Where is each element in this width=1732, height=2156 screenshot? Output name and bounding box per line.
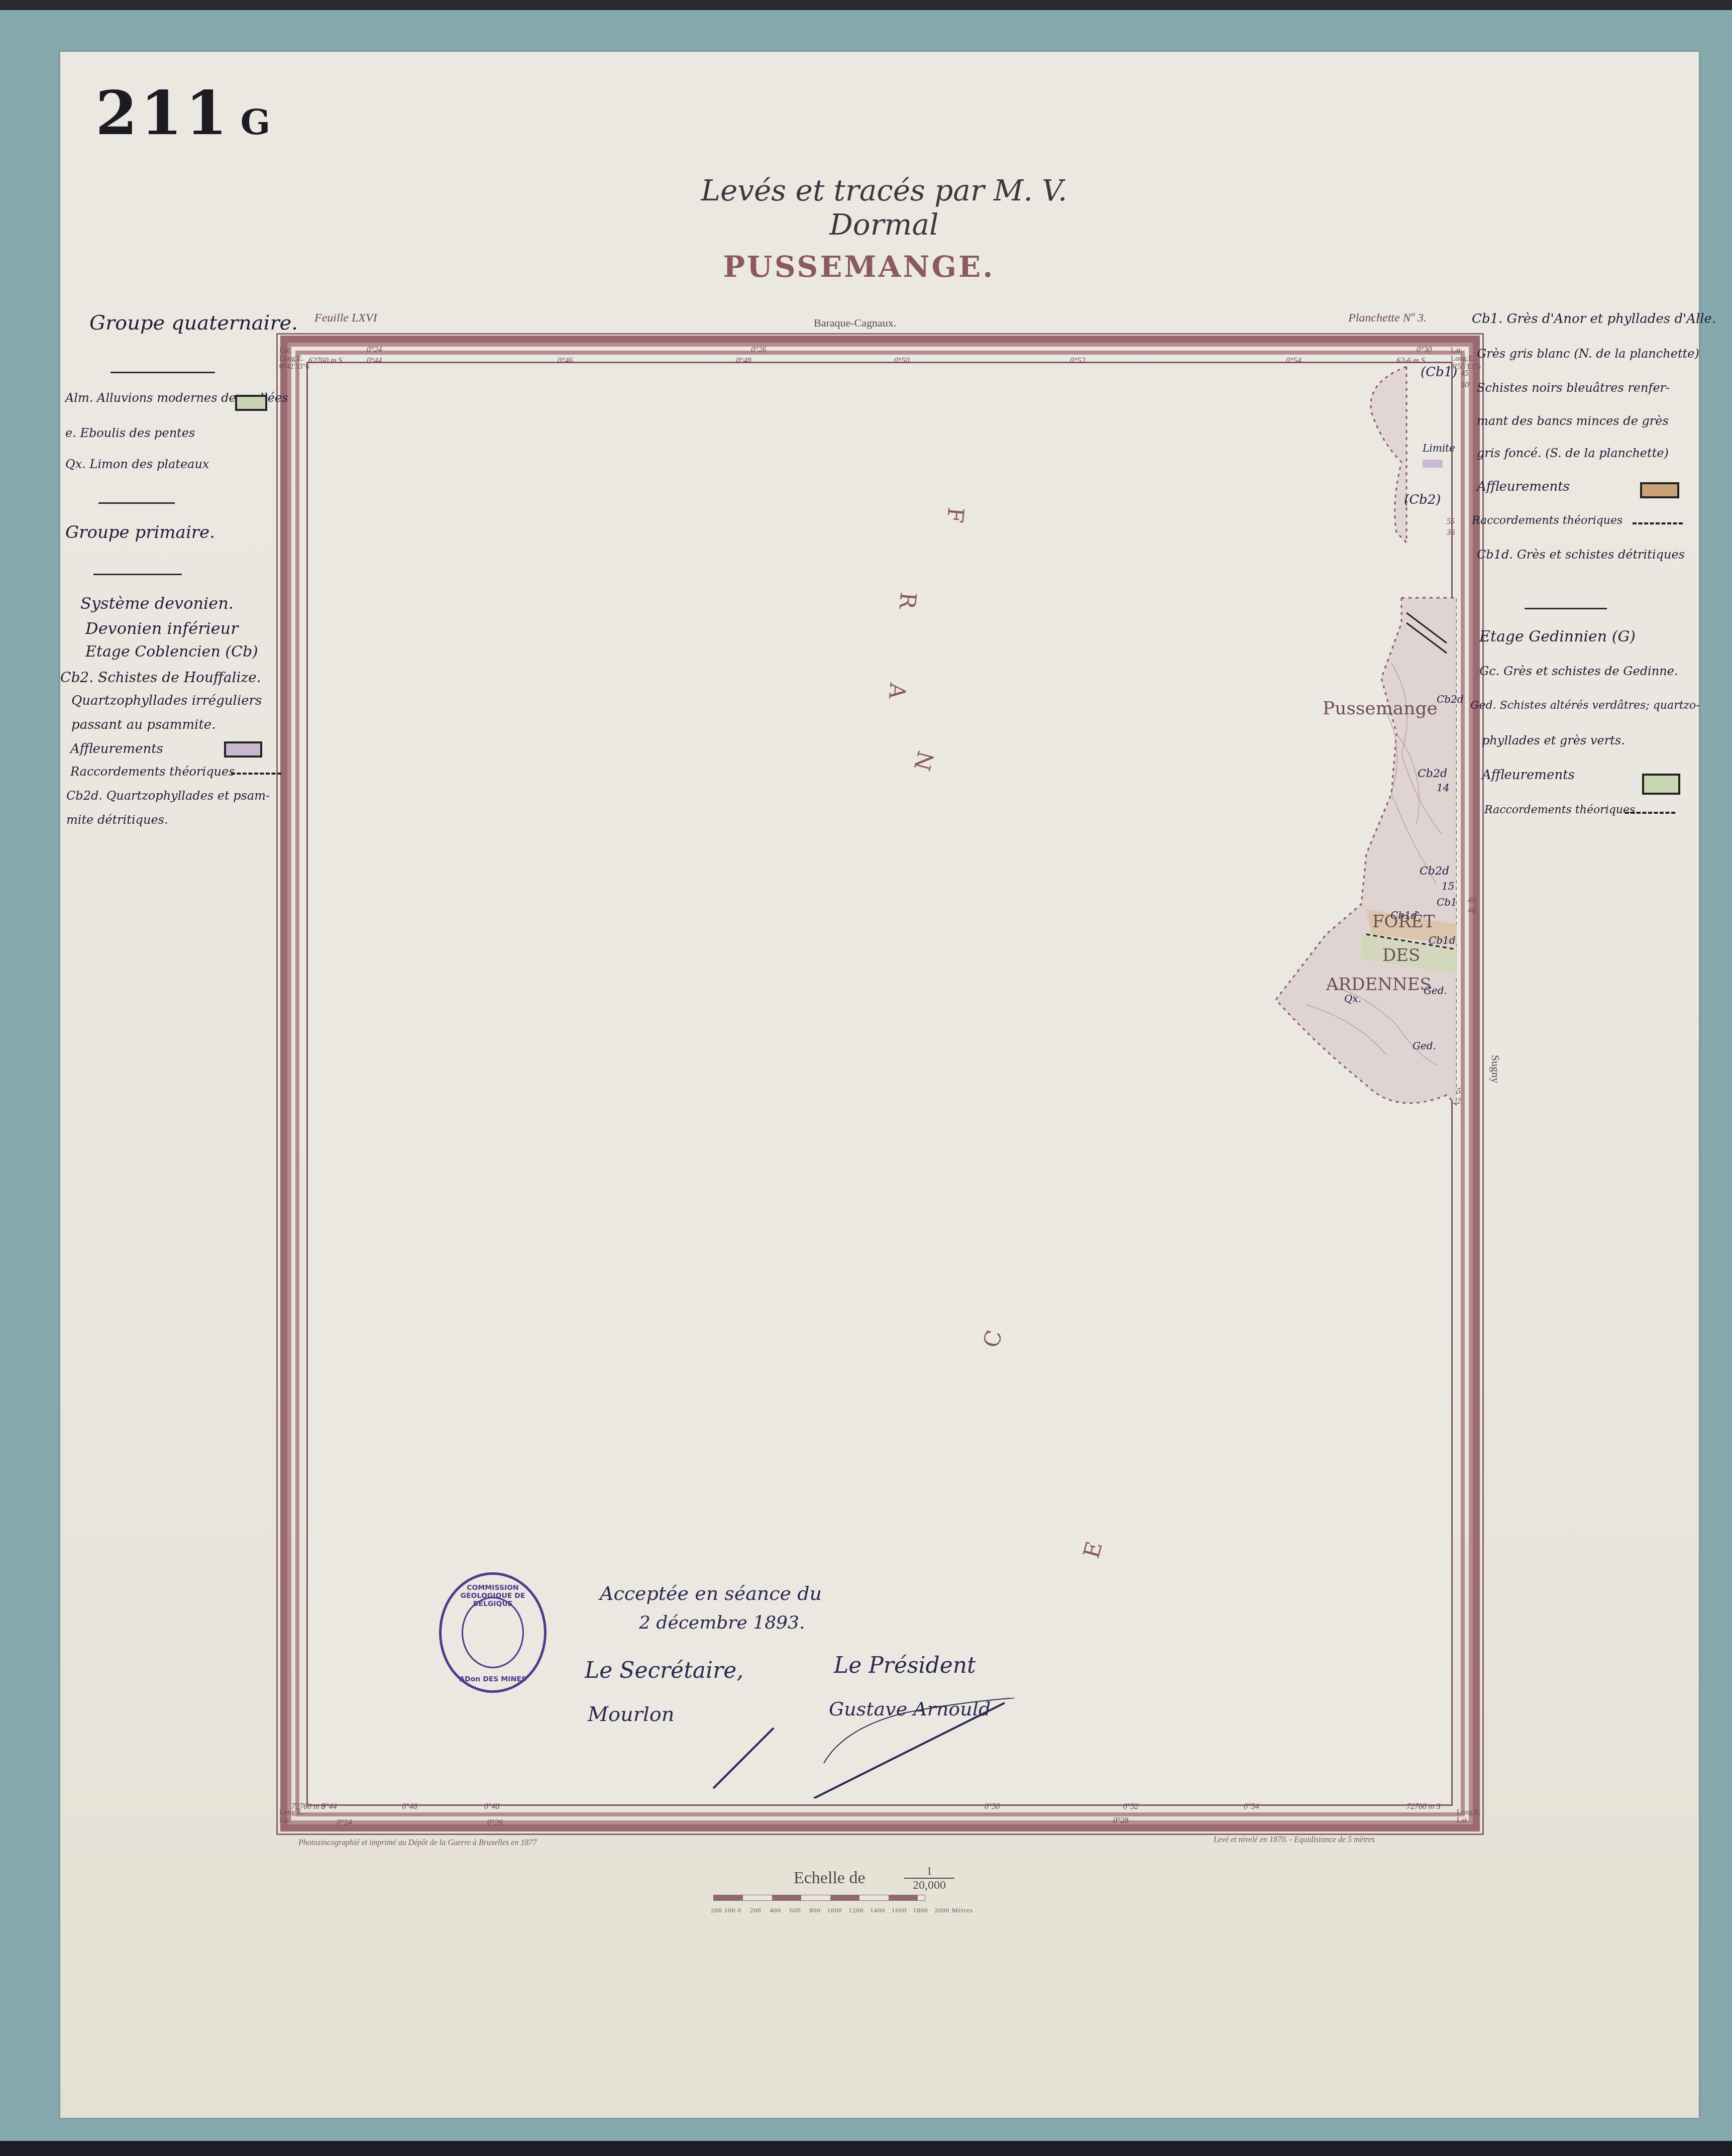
scale-fraction: 1 20,000 — [904, 1865, 954, 1892]
scale-title: Echelle de — [794, 1869, 865, 1888]
map-label: Ged. — [1413, 1040, 1436, 1052]
legend-item-cb1: Cb1. Grès d'Anor et phyllades d'Alle. — [1472, 311, 1716, 327]
backing-board-top — [0, 0, 1732, 10]
legend-cb2-desc: passant au psammite. — [71, 717, 216, 732]
graduation-tick: 0°48 — [736, 357, 751, 366]
graduation-tick: 0°50 — [985, 1802, 1000, 1811]
graduation-tick: 0°52 — [1123, 1802, 1138, 1811]
legend-systeme: Système devonien. — [80, 594, 234, 613]
author-credit: Levés et tracés par M. V. Dormal — [683, 173, 1085, 242]
graduation-tick: 49 — [1468, 896, 1476, 905]
coord-label: 72760 m S — [291, 1802, 326, 1811]
map-label: (Cb1) — [1421, 365, 1457, 380]
legend-ged-desc: phyllades et grès verts. — [1482, 733, 1625, 747]
swatch-ged-affleurements — [1642, 774, 1680, 795]
legend-item-gc: Gc. Grès et schistes de Gedinne. — [1479, 664, 1678, 678]
graduation-tick: 45 — [1461, 369, 1469, 378]
top-place-label: Baraque-Cagnaux. — [814, 316, 896, 330]
coat-of-arms-icon — [462, 1597, 524, 1668]
country-letter: F — [942, 506, 968, 524]
backing-board-bottom — [0, 2141, 1732, 2156]
graduation-tick: 0°46 — [558, 357, 573, 366]
map-label: Cb2d — [1418, 768, 1447, 780]
map-label: Cb2d — [1420, 865, 1449, 878]
geological-mapped-area — [1266, 352, 1457, 1155]
map-label: Limite — [1423, 442, 1455, 454]
swatch-alm — [235, 395, 267, 411]
legend-item-qx: Qx. Limon des plateaux — [65, 457, 209, 471]
divider — [111, 372, 215, 373]
planchette-label: Planchette Nº 3. — [1348, 311, 1427, 325]
country-letter: R — [894, 591, 921, 610]
graduation-tick: 0°44 — [367, 357, 382, 366]
place-pussemange: Pussemange — [1323, 698, 1438, 719]
commission-stamp: COMMISSION GÉOLOGIQUE DE BELGIQUE ADon D… — [439, 1572, 547, 1693]
graduation-tick: 0°52 — [1070, 357, 1085, 366]
legend-cb2d-desc: mite détritiques. — [66, 813, 168, 827]
legend-etage-coblencien: Etage Coblencien (Cb) — [85, 643, 258, 661]
legend-left: Groupe quaternaire. Alm. Alluvions moder… — [60, 301, 276, 954]
legend-heading-quaternaire: Groupe quaternaire. — [89, 311, 298, 335]
scale-ticks: 200 100 0 200 400 600 800 1000 1200 1400… — [711, 1906, 973, 1914]
legend-sous-systeme: Devonien inférieur — [85, 619, 239, 638]
graduation-tick: 0°24 — [367, 346, 382, 355]
feuille-label: Feuille LXVI — [314, 311, 377, 325]
corner-top-left: Lat.Long.E.0°42'33"6 — [279, 347, 309, 371]
survey-note: Levé et nivelé en 1870. - Equidistance d… — [1214, 1836, 1375, 1845]
map-label: Cb1d — [1429, 934, 1456, 946]
legend-raccordements: Raccordements théoriques — [70, 765, 235, 779]
map-label: (Cb2) — [1404, 492, 1441, 507]
map-label: 15 — [1442, 880, 1454, 892]
swatch-cb1-affleurements — [1640, 482, 1679, 498]
country-letter: A — [884, 682, 911, 700]
map-label: Cb1 — [1437, 896, 1457, 908]
legend-cb1-desc: mant des bancs minces de grès — [1477, 414, 1669, 428]
place-ardennes: ARDENNES — [1326, 975, 1432, 995]
legend-right: Cb1. Grès d'Anor et phyllades d'Alle. Gr… — [1469, 306, 1690, 839]
legend-cb1-desc: Schistes noirs bleuâtres renfer- — [1477, 381, 1670, 395]
graduation-tick: 0°26 — [751, 346, 766, 355]
legend-raccordements: Raccordements théoriques — [1472, 514, 1622, 527]
legend-affleurements: Affleurements — [70, 741, 163, 757]
secretaire-label: Le Secrétaire, — [585, 1658, 743, 1683]
graduation-tick: 0°46 — [402, 1802, 417, 1811]
corner-bottom-right: Long.E.Lat. — [1457, 1808, 1481, 1824]
divider — [1525, 608, 1607, 609]
graduation-tick: 0°24 — [337, 1818, 352, 1827]
graduation-tick: 0°26 — [487, 1818, 502, 1827]
divider — [98, 502, 175, 504]
divider — [93, 574, 182, 575]
legend-item-ged: Ged. Schistes altérés verdâtres; quartzo… — [1470, 699, 1700, 712]
limite-purple-mark — [1423, 460, 1443, 468]
map-title: PUSSEMANGE. — [683, 250, 1035, 284]
legend-item-cb2d: Cb2d. Quartzophyllades et psam- — [66, 789, 270, 803]
legend-heading-primaire: Groupe primaire. — [65, 522, 215, 543]
coord-label: 62760 m S — [308, 357, 343, 366]
graduation-tick: 0°48 — [484, 1802, 499, 1811]
legend-raccordements: Raccordements théoriques. — [1484, 804, 1639, 816]
graduation-tick: 0°28 — [1113, 1816, 1128, 1825]
map-label: 14 — [1437, 782, 1449, 794]
dashed-line-symbol — [1625, 812, 1675, 814]
graduation-tick: 48 — [1468, 906, 1476, 915]
graduation-tick: 0°50 — [894, 357, 909, 366]
president-label: Le Président — [834, 1653, 976, 1678]
swatch-cb2-affleurements — [224, 741, 262, 758]
dashed-line-symbol — [231, 773, 281, 775]
place-foret: FORÊT — [1372, 912, 1435, 932]
graduation-tick: 50 — [1461, 381, 1469, 390]
legend-etage-gedinnien: Etage Gedinnien (G) — [1479, 628, 1636, 645]
legend-cb2-desc: Quartzophyllades irréguliers — [71, 693, 262, 708]
legend-cb1-desc: gris foncé. (S. de la planchette) — [1477, 446, 1669, 460]
legend-item-cb1d: Cb1d. Grès et schistes détritiques — [1477, 548, 1685, 562]
acceptance-line1: Acceptée en séance du — [600, 1582, 822, 1604]
signature-secretaire: Mourlon — [588, 1703, 675, 1726]
legend-affleurements: Affleurements — [1477, 479, 1570, 494]
sugny-label: Sugny — [1489, 1055, 1502, 1083]
dashed-line-symbol — [1633, 522, 1683, 524]
graduation-tick: 0°54 — [1244, 1802, 1259, 1811]
legend-item-e: e. Eboulis des pentes — [65, 426, 195, 440]
legend-affleurements: Affleurements — [1482, 768, 1575, 783]
sheet-number: 211G — [95, 78, 273, 149]
place-des: DES — [1382, 945, 1420, 965]
legend-item-cb2: Cb2. Schistes de Houffalize. — [60, 669, 261, 686]
print-note: Photozincographié et imprimé au Dépôt de… — [298, 1839, 536, 1848]
coord-label: 72760 m S — [1406, 1802, 1441, 1811]
acceptance-date: 2 décembre 1893. — [639, 1612, 805, 1633]
scale-bar — [713, 1895, 925, 1901]
map-label: Cb2d — [1437, 693, 1464, 705]
legend-cb1-desc: Grès gris blanc (N. de la planchette) — [1477, 347, 1699, 361]
graduation-tick: 0°44 — [321, 1802, 337, 1811]
signature-strokes — [693, 1698, 1025, 1798]
